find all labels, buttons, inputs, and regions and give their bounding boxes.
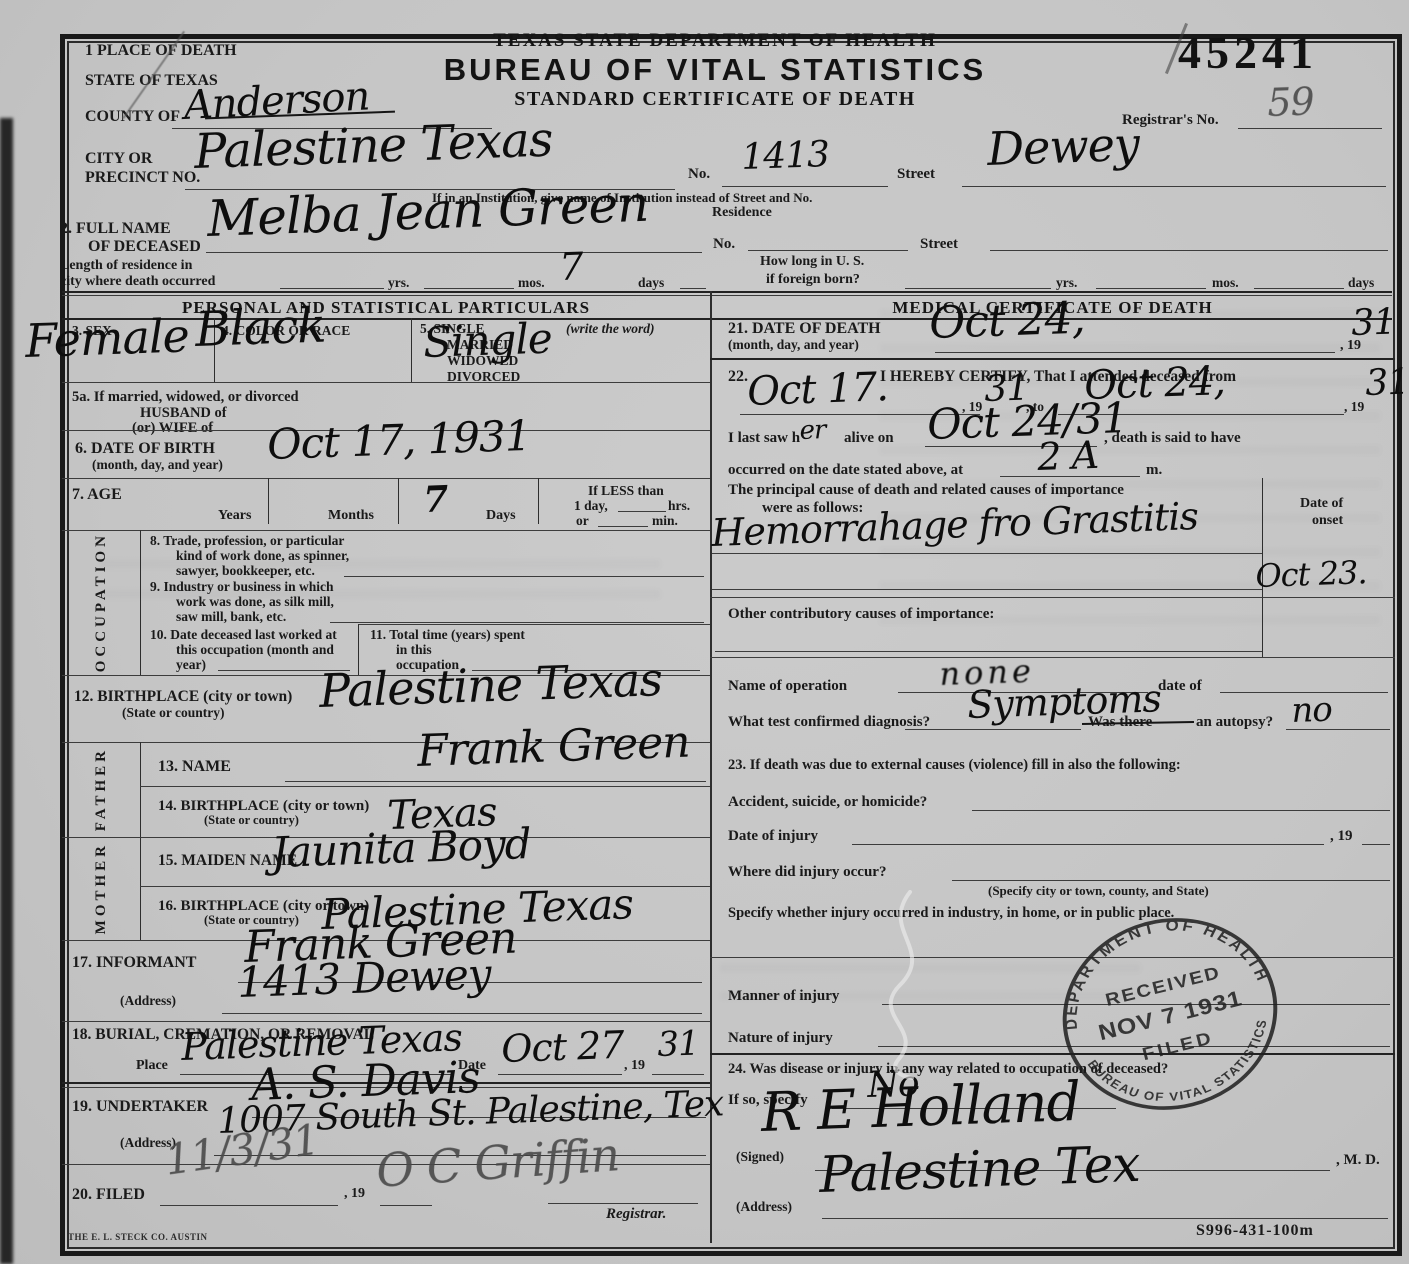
undertaker-label: 19. UNDERTAKER (72, 1098, 208, 1116)
rule (62, 291, 1392, 293)
registrar-no-line (1238, 128, 1382, 129)
residence-no-label: No. (713, 236, 735, 253)
burial-date-value: Oct 27 (501, 1026, 624, 1068)
cause-label1: The principal cause of death and related… (728, 482, 1124, 499)
field22-number: 22. (728, 368, 748, 386)
field9-label3: saw mill, bank, etc. (176, 610, 286, 625)
line (160, 1205, 338, 1206)
field8-label1: 8. Trade, profession, or particular (150, 534, 344, 549)
father-birthplace-sub: (State or country) (204, 814, 299, 828)
line (285, 781, 706, 782)
manner-label: Manner of injury (728, 988, 839, 1005)
full-name-label: 2. FULL NAME (60, 220, 171, 238)
house-no-line (722, 186, 888, 187)
date-of-death-sub: (month, day, and year) (728, 338, 859, 353)
full-name-line (206, 252, 702, 253)
line (344, 576, 704, 577)
dob-label: 6. DATE OF BIRTH (75, 440, 215, 458)
md-label: , M. D. (1336, 1152, 1380, 1169)
form-number: S996-431-100m (1196, 1222, 1314, 1240)
autopsy-value: no (1291, 693, 1333, 728)
mother-maiden-value: Jaunita Boyd (271, 823, 532, 874)
rule (710, 358, 1395, 360)
us-length-label2: if foreign born? (766, 272, 860, 287)
line (715, 651, 1262, 652)
rule (62, 295, 1392, 296)
place-of-death-label: 1 PLACE OF DEATH (85, 42, 237, 60)
nature-label: Nature of injury (728, 1030, 833, 1047)
us-days-label: days (1348, 276, 1374, 291)
occupation-vertical-label: OCCUPATION (62, 530, 140, 675)
full-name-value: Melba Jean Green (206, 179, 649, 244)
line (712, 553, 1262, 554)
cell-divider (140, 742, 141, 940)
age-hrs-label: hrs. (668, 499, 690, 514)
autopsy-label: an autopsy? (1196, 714, 1273, 731)
operation-date-label: date of (1158, 678, 1202, 695)
field10-label2: this occupation (month and (176, 643, 334, 658)
race-value: Black (194, 301, 326, 354)
burial-year-prefix: , 19 (624, 1058, 645, 1073)
onset-label1: Date of (1300, 496, 1343, 511)
line (618, 511, 666, 512)
burial-place-label: Place (136, 1058, 168, 1073)
residence-days-value: 7 (559, 247, 583, 286)
residence-street-label: Street (920, 236, 958, 253)
dob-value: Oct 17, 1931 (267, 415, 532, 466)
attended-to-year: 31 (1365, 364, 1409, 402)
test-label: What test confirmed diagnosis? (728, 714, 930, 731)
street-line (962, 186, 1386, 187)
residence-length-label2: city where death occurred (60, 274, 215, 289)
line (652, 1074, 704, 1075)
informant-label: 17. INFORMANT (72, 954, 196, 972)
bureau-title: BUREAU OF VITAL STATISTICS (360, 52, 1070, 88)
filed-label: 20. FILED (72, 1186, 145, 1204)
line (598, 526, 648, 527)
accident-label: Accident, suicide, or homicide? (728, 794, 927, 811)
line (972, 810, 1390, 811)
lastsaw-label1: I last saw h (728, 430, 800, 447)
certificate-title: STANDARD CERTIFICATE OF DEATH (420, 88, 1010, 111)
agency-title: TEXAS STATE DEPARTMENT OF HEALTH (390, 30, 1040, 52)
age-months-label: Months (328, 508, 374, 523)
contributory-label: Other contributory causes of importance: (728, 606, 994, 623)
registrar-label: Registrar. (606, 1206, 666, 1223)
date-of-death-value: Oct 24, (928, 297, 1085, 346)
line (712, 589, 1262, 590)
residence-length-label1: Length of residence in (60, 258, 192, 273)
physician-address-label: (Address) (736, 1200, 792, 1215)
mother-vertical-label: MOTHER (62, 837, 140, 940)
stamp-filed-text: FILED (1140, 1027, 1215, 1064)
registrar-no-value: 59 (1267, 82, 1315, 122)
line (852, 844, 1324, 845)
field23-label: 23. If death was due to external causes … (728, 758, 1181, 774)
house-no-value: 1413 (741, 137, 830, 176)
dob-sub-label: (month, day, and year) (92, 458, 223, 473)
line (680, 288, 706, 289)
field11-label1: 11. Total time (years) spent (370, 628, 525, 643)
precinct-label: PRECINCT NO. (85, 169, 200, 187)
us-yrs-label: yrs. (1056, 276, 1077, 291)
county-label: COUNTY OF (85, 108, 180, 126)
rule (62, 382, 710, 383)
physician-signature: R E Holland (760, 1075, 1081, 1140)
line (935, 352, 1335, 353)
us-length-label1: How long in U. S. (760, 254, 864, 269)
residence-street-line (990, 250, 1388, 251)
field5a-label3: (or) WIFE of (132, 421, 213, 437)
field5a-label1: 5a. If married, widowed, or divorced (72, 390, 299, 406)
rule (62, 530, 710, 531)
burial-year-value: 31 (657, 1027, 699, 1062)
father-vertical-label: FATHER (62, 742, 140, 837)
city-value: Palestine Texas (193, 116, 553, 176)
rule (710, 657, 1395, 658)
field8-label3: sawyer, bookkeeper, etc. (176, 564, 315, 579)
line (380, 1205, 432, 1206)
line (1286, 729, 1390, 730)
line (280, 288, 384, 289)
rule (140, 786, 710, 787)
rule (62, 478, 710, 479)
cell-divider (268, 478, 269, 524)
lastsaw-label2: alive on (844, 430, 894, 447)
us-mos-label: mos. (1212, 276, 1239, 291)
sex-value: Female (24, 312, 189, 364)
occurred-label: occurred on the date stated above, at (728, 462, 963, 479)
date-of-death-year-value: 31 (1351, 304, 1396, 342)
onset-value: Oct 23. (1255, 556, 1367, 592)
field9-label1: 9. Industry or business in which (150, 580, 334, 595)
line (548, 1203, 698, 1204)
age-label: 7. AGE (72, 486, 122, 504)
scan-edge-left (0, 118, 13, 1264)
marital-value: Single (423, 318, 553, 364)
age-days-value: 7 (423, 481, 448, 518)
birthplace-sub-label: (State or country) (122, 706, 224, 721)
cell-divider (398, 478, 399, 524)
physician-address-value: Palestine Tex (818, 1139, 1140, 1200)
mos-label: mos. (518, 276, 545, 291)
operation-label: Name of operation (728, 678, 847, 695)
date-of-death-label: 21. DATE OF DEATH (728, 320, 881, 338)
father-name-label: 13. NAME (158, 758, 231, 776)
line (905, 729, 1081, 730)
field10-label3: year) (176, 658, 206, 673)
lastsaw-value: Oct 24/31 (927, 397, 1129, 446)
rule (710, 597, 1395, 598)
injury-where-note: (Specify city or town, county, and State… (988, 884, 1209, 898)
cell-divider (140, 530, 141, 675)
street-label: Street (897, 166, 935, 183)
age-years-label: Years (218, 508, 251, 523)
line (330, 622, 704, 623)
line (952, 880, 1390, 881)
to-year-prefix: , 19 (1344, 400, 1364, 415)
line (1254, 288, 1344, 289)
days-label: days (638, 276, 664, 291)
death-certificate-document: TEXAS STATE DEPARTMENT OF HEALTH BUREAU … (0, 0, 1409, 1264)
field9-label2: work was done, as silk mill, (176, 595, 334, 610)
age-less-label2: 1 day, (574, 499, 608, 514)
field11-label2: in this (396, 643, 432, 658)
injury-date-label: Date of injury (728, 828, 818, 845)
residence-label: Residence (712, 205, 772, 220)
line (498, 1074, 622, 1075)
injury-where-label: Where did injury occur? (728, 864, 886, 881)
time-m-label: m. (1146, 462, 1162, 479)
full-name-label2: OF DECEASED (88, 238, 201, 256)
cell-divider (538, 478, 539, 524)
age-days-label: Days (486, 508, 516, 523)
time-of-death-value: 2 A (1037, 436, 1099, 476)
father-name-value: Frank Green (416, 721, 690, 774)
signed-label: (Signed) (736, 1150, 784, 1165)
marital-note: (write the word) (566, 322, 655, 337)
cell-divider (411, 318, 412, 382)
line (222, 1013, 702, 1014)
residence-no-line (748, 250, 908, 251)
city-label: CITY OR (85, 150, 152, 168)
birthplace-value: Palestine Texas (318, 656, 662, 714)
house-no-label: No. (688, 166, 710, 183)
line (424, 288, 514, 289)
printer-imprint: THE E. L. STECK CO. AUSTIN (68, 1232, 208, 1242)
field8-label2: kind of work done, as spinner, (176, 549, 349, 564)
scratch-mark (840, 890, 980, 1080)
line (905, 288, 1051, 289)
age-or-label: or (576, 514, 589, 529)
certificate-number: 45241 (1178, 26, 1318, 79)
line (1096, 288, 1206, 289)
age-min-label: min. (652, 514, 678, 529)
lastsaw-hand: er (799, 417, 826, 444)
rule (358, 624, 710, 625)
informant-address-value: 1413 Dewey (237, 953, 492, 1004)
onset-label2: onset (1312, 513, 1343, 528)
age-less-label1: If LESS than (588, 484, 664, 499)
street-value: Dewey (986, 121, 1139, 172)
informant-address-label: (Address) (120, 994, 176, 1009)
line (1362, 844, 1390, 845)
field10-label1: 10. Date deceased last worked at (150, 628, 337, 643)
line (822, 1218, 1388, 1219)
lastsaw-label3: , death is said to have (1104, 430, 1241, 447)
filed-year-prefix: , 19 (344, 1186, 365, 1201)
injury-year-prefix: , 19 (1330, 828, 1353, 845)
attended-from-value: Oct 17. (747, 367, 889, 412)
birthplace-label: 12. BIRTHPLACE (city or town) (74, 688, 292, 705)
yrs-label: yrs. (388, 276, 409, 291)
